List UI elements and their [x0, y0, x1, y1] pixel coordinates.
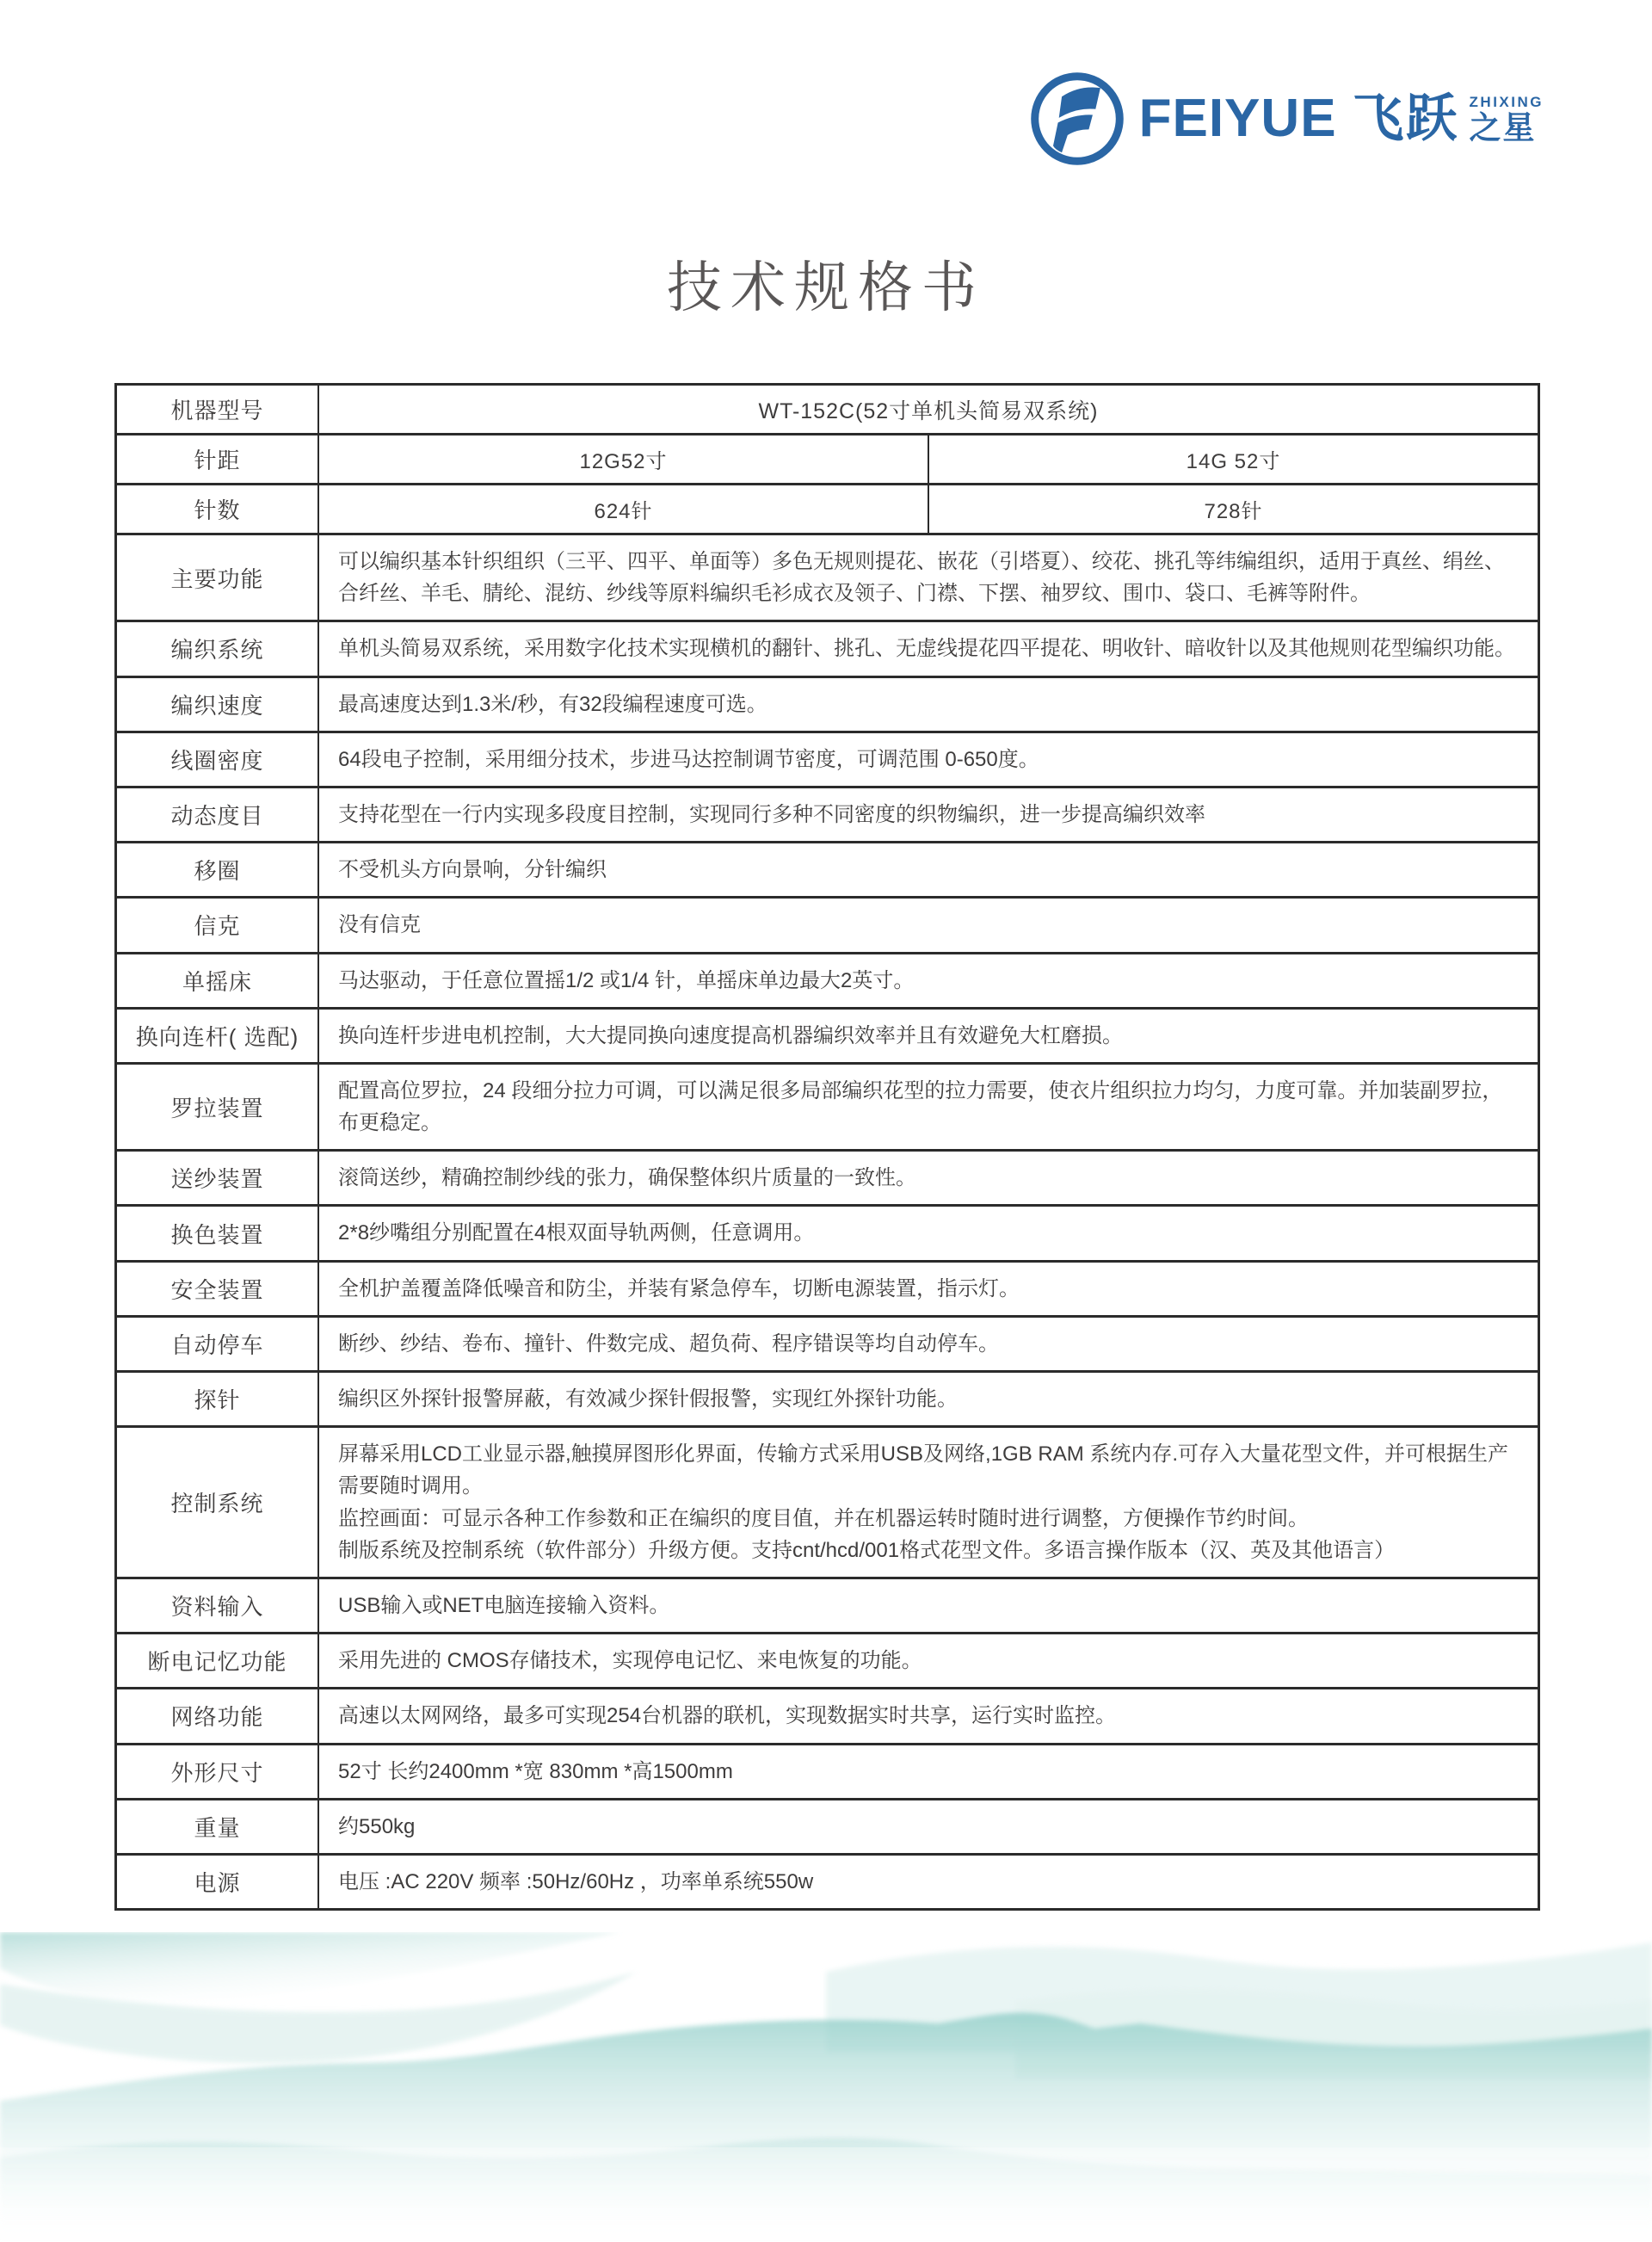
table-row: 资料输入USB输入或NET电脑连接输入资料。 — [117, 1579, 1538, 1634]
row-label: 罗拉装置 — [117, 1065, 319, 1149]
row-label: 电源 — [117, 1856, 319, 1908]
row-value: 不受机头方向景响，分针编织 — [319, 843, 1538, 896]
value-paragraph: 没有信克 — [338, 909, 1519, 941]
row-label: 自动停车 — [117, 1318, 319, 1370]
brand-subname: ZHIXING 之星 — [1470, 95, 1544, 144]
value-paragraph: 采用先进的 CMOS存储技术，实现停电记忆、来电恢复的功能。 — [338, 1645, 1519, 1677]
row-value: USB输入或NET电脑连接输入资料。 — [319, 1579, 1538, 1632]
row-label: 机器型号 — [117, 386, 319, 433]
row-label: 安全装置 — [117, 1263, 319, 1315]
value-paragraph: 断纱、纱结、卷布、撞针、件数完成、超负荷、程序错误等均自动停车。 — [338, 1328, 1519, 1360]
row-value: 2*8纱嘴组分别配置在4根双面导轨两侧，任意调用。 — [319, 1207, 1538, 1259]
row-value: 屏幕采用LCD工业显示器,触摸屏图形化界面，传输方式采用USB及网络,1GB R… — [319, 1428, 1538, 1577]
row-value: 单机头简易双系统，采用数字化技术实现横机的翻针、挑孔、无虚线提花四平提花、明收针… — [319, 622, 1538, 675]
table-row: 自动停车断纱、纱结、卷布、撞针、件数完成、超负荷、程序错误等均自动停车。 — [117, 1318, 1538, 1373]
row-value: 马达驱动，于任意位置摇1/2 或1/4 针，单摇床单边最大2英寸。 — [319, 954, 1538, 1007]
table-row: 外形尺寸52寸 长约2400mm *宽 830mm *高1500mm — [117, 1745, 1538, 1800]
value-paragraph: 配置高位罗拉，24 段细分拉力可调，可以满足很多局部编织花型的拉力需要，使衣片组… — [338, 1075, 1519, 1139]
row-value: 12G52寸14G 52寸 — [319, 435, 1538, 483]
spec-sheet-page: FEIYUE 飞跃 ZHIXING 之星 技术规格书 机器型号WT-152C(5… — [0, 0, 1652, 2242]
row-label: 网络功能 — [117, 1689, 319, 1742]
row-value: 配置高位罗拉，24 段细分拉力可调，可以满足很多局部编织花型的拉力需要，使衣片组… — [319, 1065, 1538, 1149]
table-row: 单摇床马达驱动，于任意位置摇1/2 或1/4 针，单摇床单边最大2英寸。 — [117, 954, 1538, 1010]
row-value: 可以编织基本针织组织（三平、四平、单面等）多色无规则提花、嵌花（引塔夏）、绞花、… — [319, 535, 1538, 620]
row-value: 断纱、纱结、卷布、撞针、件数完成、超负荷、程序错误等均自动停车。 — [319, 1318, 1538, 1370]
value-paragraph: 可以编织基本针织组织（三平、四平、单面等）多色无规则提花、嵌花（引塔夏）、绞花、… — [338, 546, 1519, 609]
value-paragraph: 制版系统及控制系统（软件部分）升级方便。支持cnt/hcd/001格式花型文件。… — [338, 1535, 1519, 1566]
row-label: 控制系统 — [117, 1428, 319, 1577]
spec-table: 机器型号WT-152C(52寸单机头简易双系统)针距12G52寸14G 52寸针… — [114, 383, 1540, 1911]
table-row: 换向连杆( 选配)换向连杆步进电机控制，大大提同换向速度提高机器编织效率并且有效… — [117, 1010, 1538, 1065]
row-label: 探针 — [117, 1373, 319, 1425]
row-value: 高速以太网网络，最多可实现254台机器的联机，实现数据实时共享，运行实时监控。 — [319, 1689, 1538, 1742]
value-cell: 624针 — [319, 485, 929, 533]
value-paragraph: 2*8纱嘴组分别配置在4根双面导轨两侧，任意调用。 — [338, 1217, 1519, 1249]
row-value: 全机护盖覆盖降低噪音和防尘，并装有紧急停车，切断电源装置，指示灯。 — [319, 1263, 1538, 1315]
brand-logo: FEIYUE 飞跃 ZHIXING 之星 — [1029, 71, 1544, 167]
mountain-watercolor-footer — [0, 1932, 1652, 2242]
value-cell: 14G 52寸 — [929, 435, 1538, 483]
table-row: 换色装置2*8纱嘴组分别配置在4根双面导轨两侧，任意调用。 — [117, 1207, 1538, 1262]
value-paragraph: 换向连杆步进电机控制，大大提同换向速度提高机器编织效率并且有效避免大杠磨损。 — [338, 1020, 1519, 1052]
row-label: 信克 — [117, 899, 319, 951]
table-row: 探针编织区外探针报警屏蔽，有效减少探针假报警，实现红外探针功能。 — [117, 1373, 1538, 1428]
value-paragraph: 64段电子控制，采用细分技术，步进马达控制调节密度，可调范围 0-650度。 — [338, 744, 1519, 775]
row-label: 重量 — [117, 1800, 319, 1853]
table-row: 编织速度最高速度达到1.3米/秒，有32段编程速度可选。 — [117, 678, 1538, 733]
row-label: 送纱装置 — [117, 1152, 319, 1204]
value-paragraph: 编织区外探针报警屏蔽，有效减少探针假报警，实现红外探针功能。 — [338, 1383, 1519, 1415]
row-label: 资料输入 — [117, 1579, 319, 1632]
value-paragraph: 滚筒送纱，精确控制纱线的张力，确保整体织片质量的一致性。 — [338, 1162, 1519, 1194]
brand-name-cn: 飞跃 — [1353, 93, 1459, 145]
row-value: 最高速度达到1.3米/秒，有32段编程速度可选。 — [319, 678, 1538, 731]
table-row: 送纱装置滚筒送纱，精确控制纱线的张力，确保整体织片质量的一致性。 — [117, 1152, 1538, 1207]
value-paragraph: 屏幕采用LCD工业显示器,触摸屏图形化界面，传输方式采用USB及网络,1GB R… — [338, 1438, 1519, 1502]
table-row: 移圈不受机头方向景响，分针编织 — [117, 843, 1538, 899]
table-row: 动态度目支持花型在一行内实现多段度目控制，实现同行多种不同密度的织物编织，进一步… — [117, 788, 1538, 843]
row-label: 外形尺寸 — [117, 1745, 319, 1798]
row-value: 52寸 长约2400mm *宽 830mm *高1500mm — [319, 1745, 1538, 1798]
row-label: 针距 — [117, 435, 319, 483]
row-value: 约550kg — [319, 1800, 1538, 1853]
value-paragraph: 电压 :AC 220V 频率 :50Hz/60Hz ，功率单系统550w — [338, 1866, 1519, 1898]
row-value: 采用先进的 CMOS存储技术，实现停电记忆、来电恢复的功能。 — [319, 1634, 1538, 1687]
table-row: 针距12G52寸14G 52寸 — [117, 435, 1538, 485]
feiyue-logo-icon — [1029, 71, 1125, 167]
brand-name-latin: FEIYUE — [1139, 92, 1337, 145]
brand-subname-latin: ZHIXING — [1470, 95, 1544, 109]
table-row: 罗拉装置配置高位罗拉，24 段细分拉力可调，可以满足很多局部编织花型的拉力需要，… — [117, 1065, 1538, 1152]
brand-subname-cn: 之星 — [1470, 112, 1537, 144]
table-row: 编织系统单机头简易双系统，采用数字化技术实现横机的翻针、挑孔、无虚线提花四平提花… — [117, 622, 1538, 677]
row-label: 换向连杆( 选配) — [117, 1010, 319, 1062]
row-label: 编织系统 — [117, 622, 319, 675]
row-value: 64段电子控制，采用细分技术，步进马达控制调节密度，可调范围 0-650度。 — [319, 733, 1538, 786]
table-row: 网络功能高速以太网网络，最多可实现254台机器的联机，实现数据实时共享，运行实时… — [117, 1689, 1538, 1745]
row-value: 支持花型在一行内实现多段度目控制，实现同行多种不同密度的织物编织，进一步提高编织… — [319, 788, 1538, 841]
table-row: 重量约550kg — [117, 1800, 1538, 1856]
value-paragraph: 约550kg — [338, 1811, 1519, 1843]
row-label: 移圈 — [117, 843, 319, 896]
row-label: 针数 — [117, 485, 319, 533]
row-value: 编织区外探针报警屏蔽，有效减少探针假报警，实现红外探针功能。 — [319, 1373, 1538, 1425]
value-paragraph: 不受机头方向景响，分针编织 — [338, 854, 1519, 886]
row-value: WT-152C(52寸单机头简易双系统) — [319, 386, 1538, 433]
table-row: 主要功能可以编织基本针织组织（三平、四平、单面等）多色无规则提花、嵌花（引塔夏）… — [117, 535, 1538, 622]
page-title: 技术规格书 — [0, 244, 1652, 323]
row-value: 换向连杆步进电机控制，大大提同换向速度提高机器编织效率并且有效避免大杠磨损。 — [319, 1010, 1538, 1062]
table-row: 针数624针728针 — [117, 485, 1538, 535]
row-label: 主要功能 — [117, 535, 319, 620]
value-paragraph: 单机头简易双系统，采用数字化技术实现横机的翻针、挑孔、无虚线提花四平提花、明收针… — [338, 633, 1519, 664]
value-paragraph: 监控画面：可显示各种工作参数和正在编织的度目值，并在机器运转时随时进行调整，方便… — [338, 1503, 1519, 1535]
row-label: 线圈密度 — [117, 733, 319, 786]
value-paragraph: 52寸 长约2400mm *宽 830mm *高1500mm — [338, 1756, 1519, 1788]
row-value: 没有信克 — [319, 899, 1538, 951]
value-cell: 12G52寸 — [319, 435, 929, 483]
row-label: 断电记忆功能 — [117, 1634, 319, 1687]
row-value: 624针728针 — [319, 485, 1538, 533]
value-paragraph: USB输入或NET电脑连接输入资料。 — [338, 1590, 1519, 1621]
row-label: 动态度目 — [117, 788, 319, 841]
value-paragraph: 支持花型在一行内实现多段度目控制，实现同行多种不同密度的织物编织，进一步提高编织… — [338, 799, 1519, 831]
row-value: 电压 :AC 220V 频率 :50Hz/60Hz ，功率单系统550w — [319, 1856, 1538, 1908]
value-paragraph: 高速以太网网络，最多可实现254台机器的联机，实现数据实时共享，运行实时监控。 — [338, 1700, 1519, 1732]
row-value: 滚筒送纱，精确控制纱线的张力，确保整体织片质量的一致性。 — [319, 1152, 1538, 1204]
table-row: 控制系统屏幕采用LCD工业显示器,触摸屏图形化界面，传输方式采用USB及网络,1… — [117, 1428, 1538, 1579]
table-row: 安全装置全机护盖覆盖降低噪音和防尘，并装有紧急停车，切断电源装置，指示灯。 — [117, 1263, 1538, 1318]
row-label: 换色装置 — [117, 1207, 319, 1259]
table-row: 断电记忆功能采用先进的 CMOS存储技术，实现停电记忆、来电恢复的功能。 — [117, 1634, 1538, 1689]
row-label: 单摇床 — [117, 954, 319, 1007]
value-paragraph: 马达驱动，于任意位置摇1/2 或1/4 针，单摇床单边最大2英寸。 — [338, 965, 1519, 997]
value-paragraph: 全机护盖覆盖降低噪音和防尘，并装有紧急停车，切断电源装置，指示灯。 — [338, 1273, 1519, 1305]
table-row: 线圈密度64段电子控制，采用细分技术，步进马达控制调节密度，可调范围 0-650… — [117, 733, 1538, 788]
row-label: 编织速度 — [117, 678, 319, 731]
table-row: 电源电压 :AC 220V 频率 :50Hz/60Hz ，功率单系统550w — [117, 1856, 1538, 1908]
value-cell: 728针 — [929, 485, 1538, 533]
table-row: 信克没有信克 — [117, 899, 1538, 954]
table-row: 机器型号WT-152C(52寸单机头简易双系统) — [117, 386, 1538, 435]
value-paragraph: 最高速度达到1.3米/秒，有32段编程速度可选。 — [338, 689, 1519, 720]
